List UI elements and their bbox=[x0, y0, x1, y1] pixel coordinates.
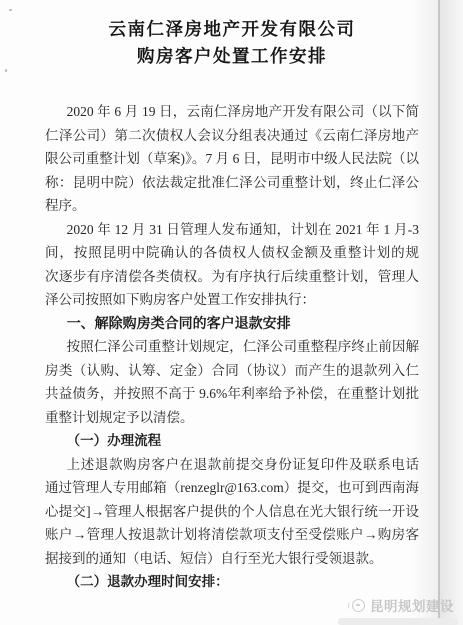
doc-line: 次逐步有序清偿各类债权。为有序执行后续重整计划，管理人监督仁 bbox=[45, 265, 419, 289]
scan-speck bbox=[9, 9, 12, 11]
doc-line: 上述退款购房客户在退款前提交身份证复印件及联系电话[推荐 bbox=[45, 453, 419, 477]
doc-line: 仁泽公司）第二次债权人会议分组表决通过《云南仁泽房地产开发有 bbox=[45, 124, 419, 148]
doc-line: 账户→管理人按退款计划将清偿款项支付至受偿账户→购房客户根 bbox=[45, 523, 419, 547]
doc-line: 间，按照昆明中院确认的各债权人债权金额及重整计划的规定，分批 bbox=[45, 241, 419, 265]
title-line: 云南仁泽房地产开发有限公司 bbox=[45, 16, 419, 43]
title-line: 购房客户处置工作安排 bbox=[45, 43, 419, 70]
doc-heading: 一、解除购房类合同的客户退款安排 bbox=[45, 312, 419, 336]
doc-line: 2020 年 12 月 31 日管理人发布通知，计划在 2021 年 1 月-3… bbox=[45, 218, 419, 242]
doc-line: 房类（认购、认筹、定金）合同（协议）而产生的退款列入仁泽公司 bbox=[45, 359, 419, 383]
watermark: 昆明规划建设 bbox=[352, 595, 454, 615]
page-edge-strip bbox=[440, 0, 463, 625]
watermark-text: 昆明规划建设 bbox=[370, 595, 454, 615]
doc-line: 通过管理人专用邮箱（renzeglr@163.com）提交，也可到西南海营销中 bbox=[45, 476, 419, 500]
doc-line: 泽公司按照如下购房客户处置工作安排执行： bbox=[45, 288, 419, 312]
doc-line: 共益债务，并按照不高于 9.6%年利率给予补偿，在重整计划批准后按 bbox=[45, 382, 419, 406]
kunming-planning-logo-icon bbox=[352, 599, 365, 612]
scan-speck bbox=[5, 69, 7, 72]
document-title: 云南仁泽房地产开发有限公司购房客户处置工作安排 bbox=[45, 16, 419, 70]
doc-line: 限公司重整计划（草案)》。7 月 6 日，昆明市中级人民法院（以下简 bbox=[45, 147, 419, 171]
doc-line: 重整计划规定予以清偿。 bbox=[45, 406, 419, 430]
doc-line: 据接到的通知（电话、短信）自行至光大银行受领退款。 bbox=[45, 547, 419, 571]
doc-line: 2020 年 6 月 19 日，云南仁泽房地产开发有限公司（以下简称： bbox=[45, 100, 419, 124]
doc-subheading: （一）办理流程 bbox=[45, 429, 419, 453]
document-content: 云南仁泽房地产开发有限公司购房客户处置工作安排 2020 年 6 月 19 日，… bbox=[45, 16, 419, 594]
watermark-band bbox=[338, 618, 458, 625]
doc-line: 程序。 bbox=[45, 194, 419, 218]
scanned-document-page: 云南仁泽房地产开发有限公司购房客户处置工作安排 2020 年 6 月 19 日，… bbox=[0, 0, 463, 625]
document-body: 2020 年 6 月 19 日，云南仁泽房地产开发有限公司（以下简称：仁泽公司）… bbox=[45, 100, 419, 594]
doc-subheading: （二）退款办理时间安排： bbox=[45, 570, 419, 594]
doc-line: 称：昆明中院）依法裁定批准仁泽公司重整计划，终止仁泽公司重整 bbox=[45, 171, 419, 195]
doc-line: 心提交]→管理人根据客户提供的个人信息在光大银行统一开设受偿 bbox=[45, 500, 419, 524]
doc-line: 按照仁泽公司重整计划规定，仁泽公司重整程序终止前因解除购 bbox=[45, 335, 419, 359]
